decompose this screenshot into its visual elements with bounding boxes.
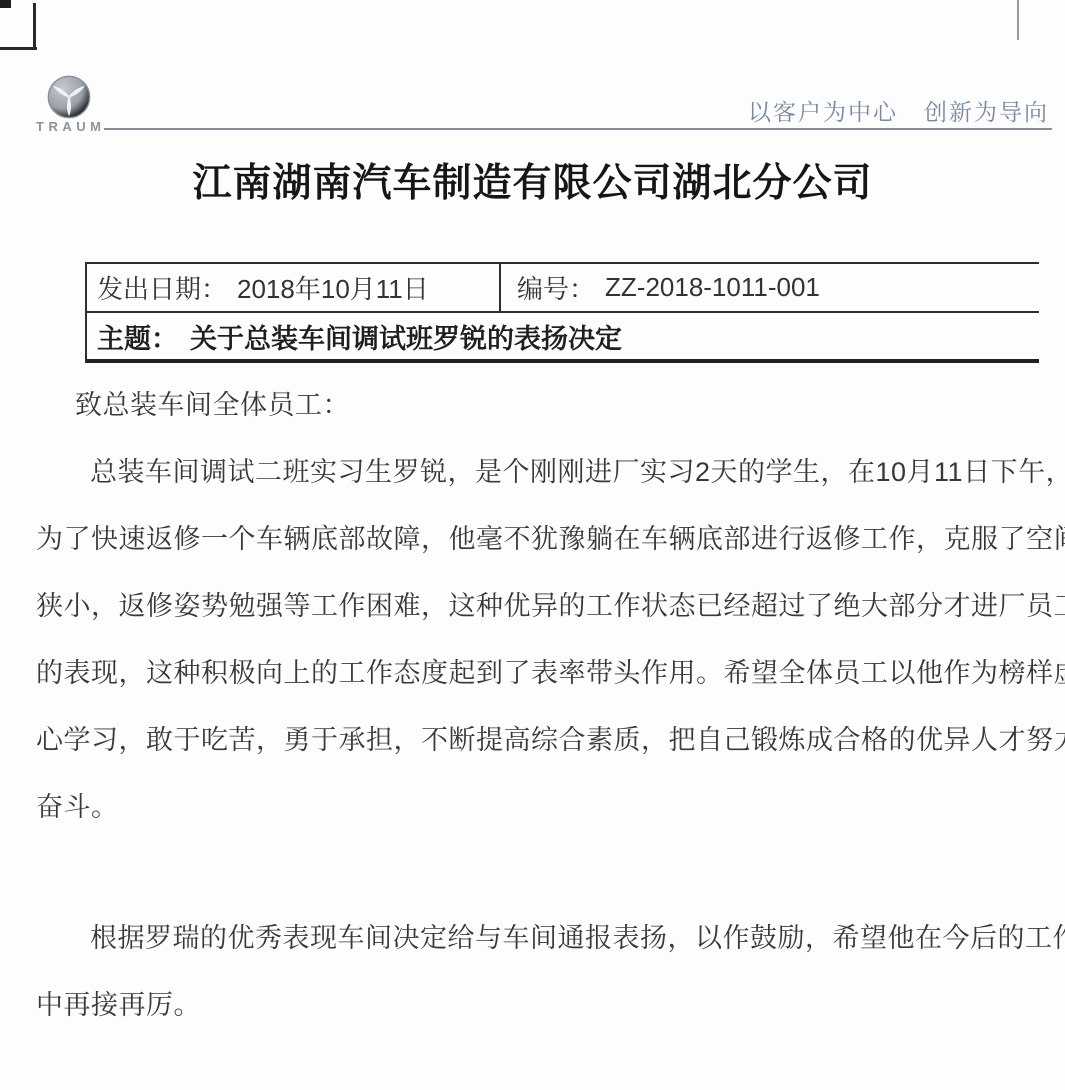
date-value: 2018年10月11日 (237, 269, 429, 306)
body-line: 奋斗。 (36, 774, 1050, 841)
document-title: 江南湖南汽车制造有限公司湖北分公司 (0, 152, 1065, 208)
number-label: 编号： (517, 269, 595, 306)
logo-wordmark: TRAUM (36, 119, 105, 134)
letter-body-para1: 致总装车间全体员工： 总装车间调试二班实习生罗锐，是个刚刚进厂实习2天的学生，在… (36, 372, 1050, 841)
slogan-part1: 以客户为中心 (748, 99, 898, 125)
body-line: 根据罗瑞的优秀表现车间决定给与车间通报表扬，以作鼓励，希望他在今后的工作 (36, 905, 1050, 972)
number-value: ZZ-2018-1011-001 (605, 272, 820, 303)
company-slogan: 以客户为中心创新为导向 (748, 94, 1049, 127)
meta-table: 发出日期： 2018年10月11日 编号： ZZ-2018-1011-001 主… (85, 262, 1039, 363)
date-cell: 发出日期： 2018年10月11日 (87, 269, 499, 306)
body-line: 为了快速返修一个车辆底部故障，他毫不犹豫躺在车辆底部进行返修工作，克服了空间 (36, 506, 1050, 573)
salutation: 致总装车间全体员工： (36, 372, 1050, 439)
meta-cell-divider (499, 264, 501, 311)
scan-crop-mark-horizontal (0, 47, 37, 50)
scan-corner-square (0, 0, 11, 8)
body-line: 狭小，返修姿势勉强等工作困难，这种优异的工作状态已经超过了绝大部分才进厂员工 (36, 573, 1050, 640)
letterhead-rule (104, 128, 1052, 130)
letter-body-para2: 根据罗瑞的优秀表现车间决定给与车间通报表扬，以作鼓励，希望他在今后的工作 中再接… (36, 905, 1050, 1039)
document-page: TRAUM 以客户为中心创新为导向 江南湖南汽车制造有限公司湖北分公司 发出日期… (0, 0, 1065, 1090)
body-line: 心学习，敢于吃苦，勇于承担，不断提高综合素质，把自己锻炼成合格的优异人才努力 (36, 707, 1050, 774)
body-line: 的表现，这种积极向上的工作态度起到了表率带头作用。希望全体员工以他作为榜样虚 (36, 640, 1050, 707)
scan-crop-mark-right (1017, 0, 1019, 40)
subject-value: 关于总装车间调试班罗锐的表扬决定 (190, 317, 622, 356)
body-line: 中再接再厉。 (36, 972, 1050, 1039)
date-label: 发出日期： (97, 269, 227, 306)
scan-crop-mark-vertical (33, 3, 36, 49)
traum-logo-icon (46, 74, 92, 120)
meta-row-date-number: 发出日期： 2018年10月11日 编号： ZZ-2018-1011-001 (87, 262, 1039, 313)
body-line: 总装车间调试二班实习生罗锐，是个刚刚进厂实习2天的学生，在10月11日下午， (36, 439, 1050, 506)
meta-row-subject: 主题： 关于总装车间调试班罗锐的表扬决定 (87, 313, 1039, 363)
subject-label: 主题： (97, 317, 178, 356)
number-cell: 编号： ZZ-2018-1011-001 (499, 269, 820, 306)
slogan-part2: 创新为导向 (924, 99, 1049, 125)
